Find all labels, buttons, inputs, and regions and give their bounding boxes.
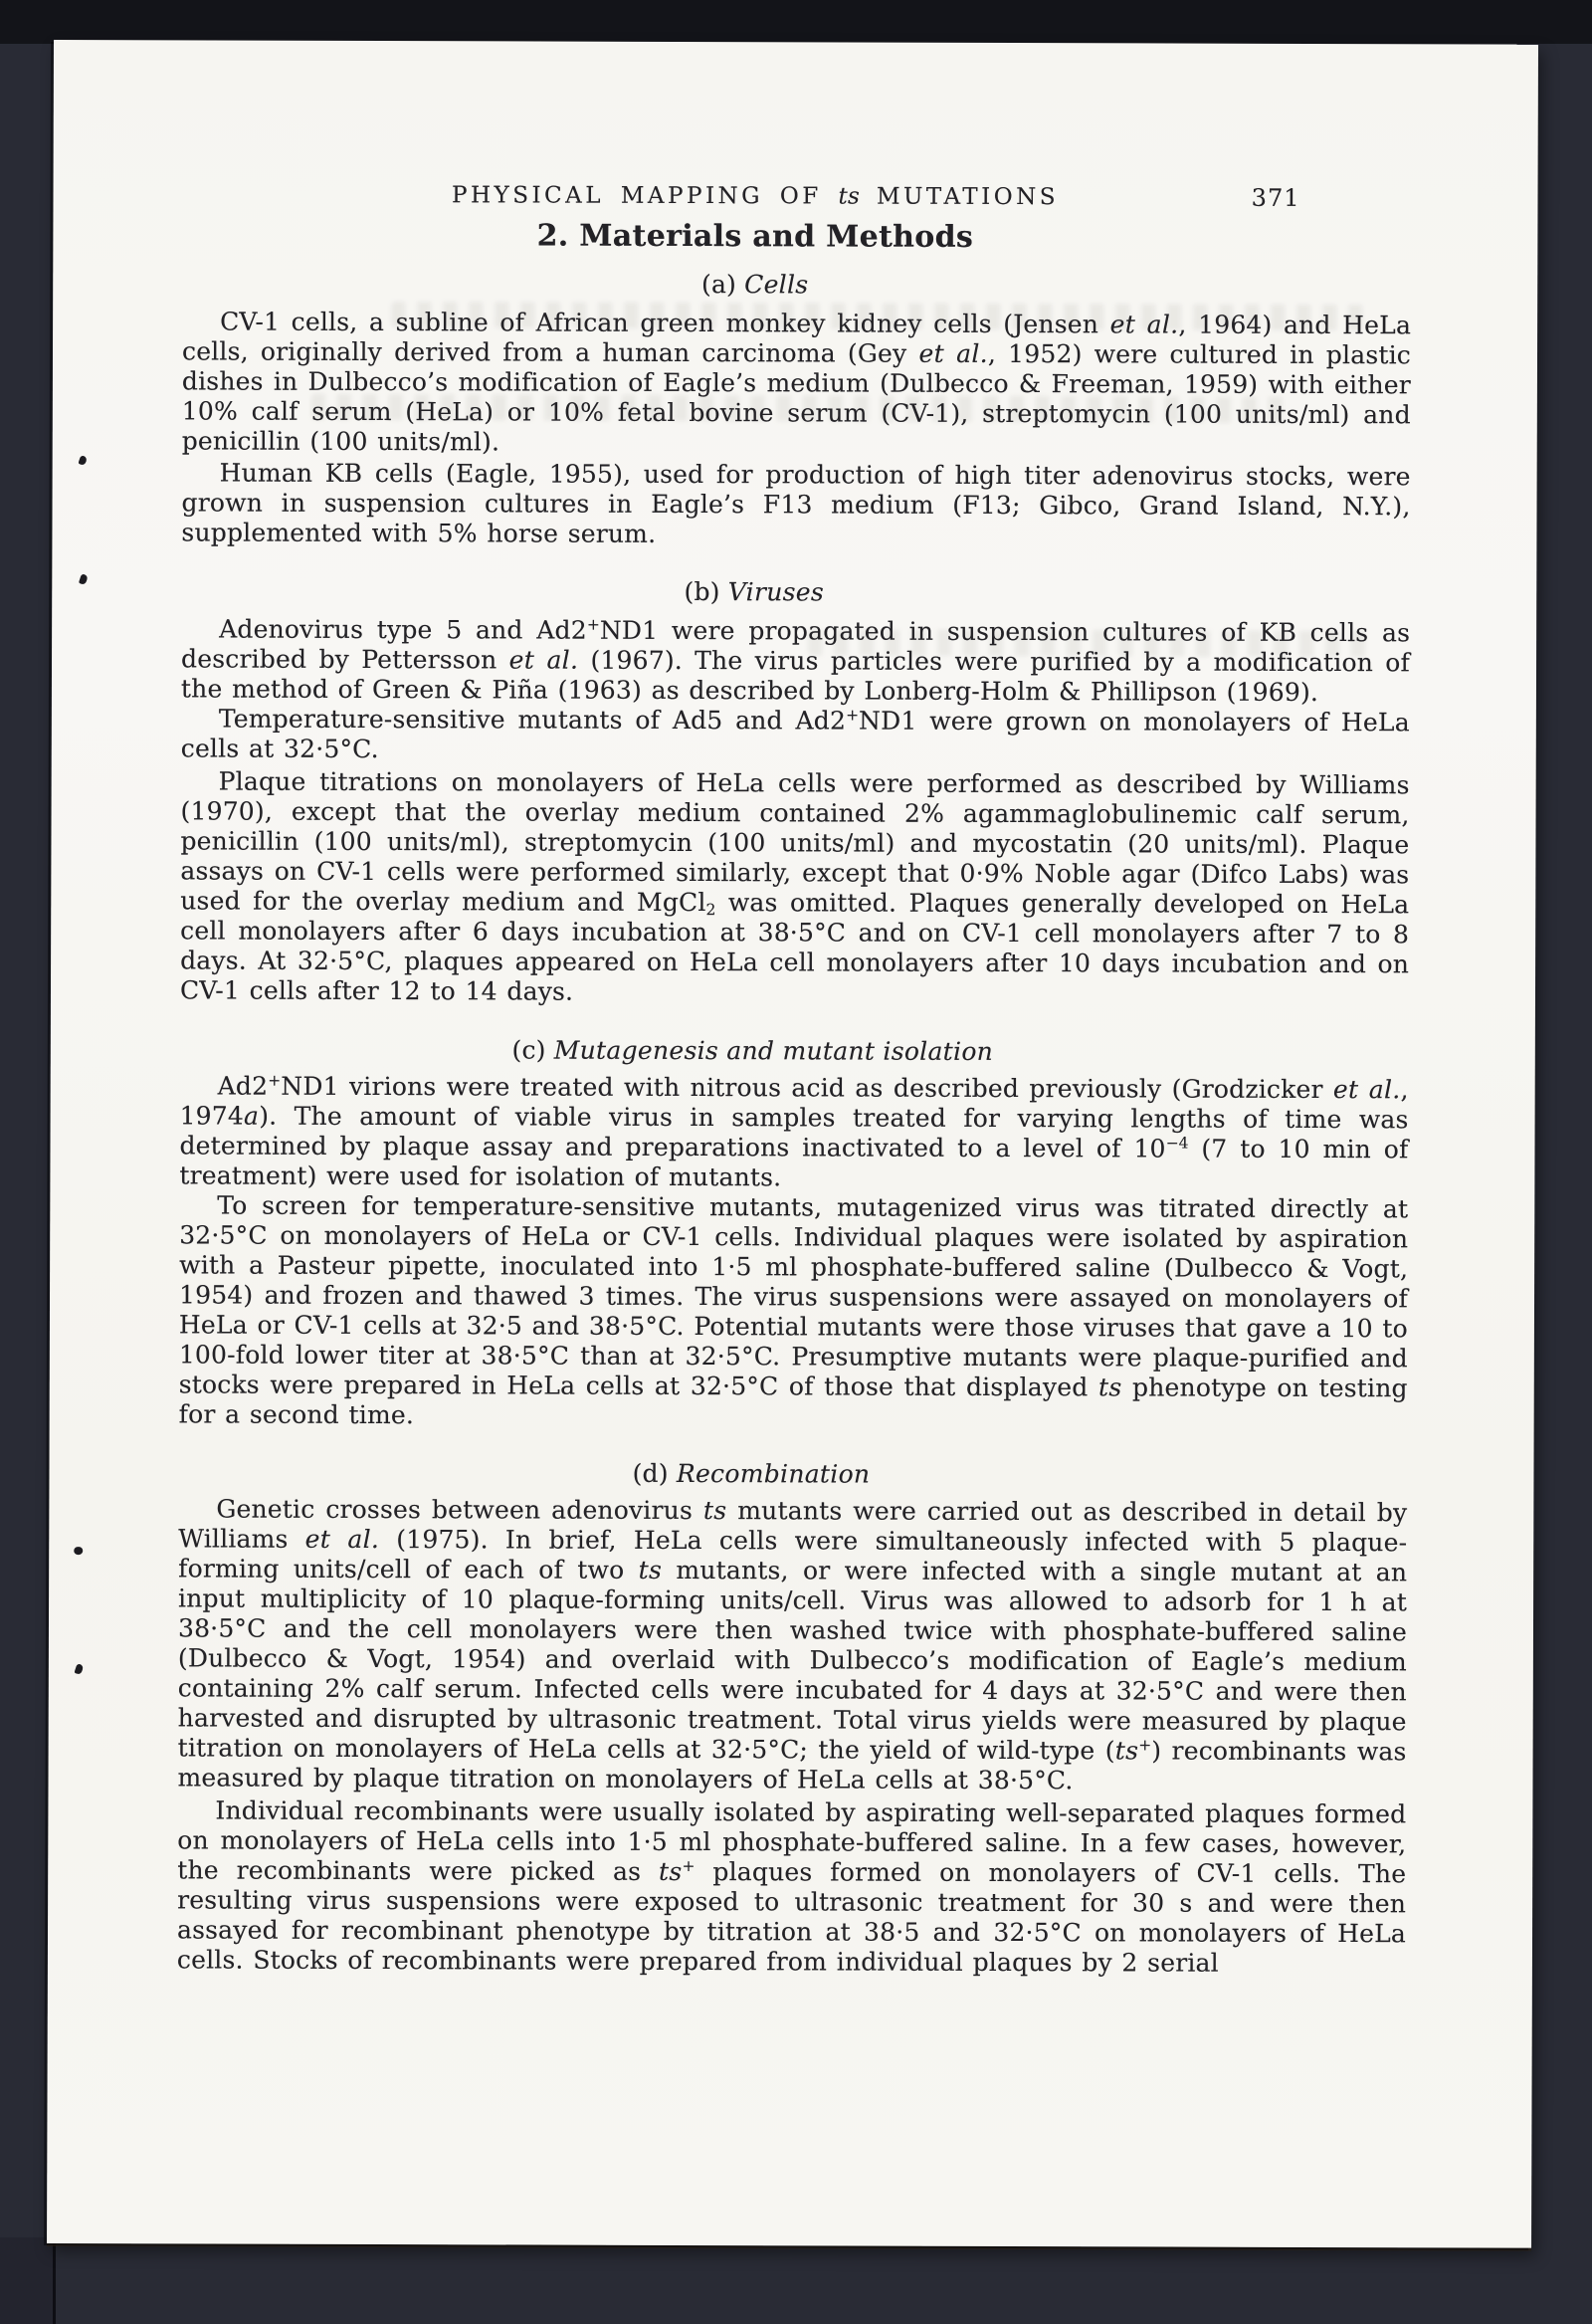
paragraph-cells-1: CV-1 cells, a subline of African green m… (182, 307, 1411, 460)
paragraph-cells-2: Human KB cells (Eagle, 1955), used for p… (181, 458, 1410, 551)
paragraph-viruses-1: Adenovirus type 5 and Ad2+ND1 were propa… (181, 614, 1410, 708)
scanned-page-background: PHYSICAL MAPPING OF ts MUTATIONS 371 2. … (0, 0, 1592, 2324)
subsection-heading-mutagenesis: (c) Mutagenesis and mutant isolation (180, 1034, 1409, 1068)
running-title-row: PHYSICAL MAPPING OF ts MUTATIONS 371 (182, 179, 1411, 213)
running-title: PHYSICAL MAPPING OF ts MUTATIONS (452, 182, 1059, 210)
paper-sheet: PHYSICAL MAPPING OF ts MUTATIONS 371 2. … (47, 40, 1538, 2248)
subsection-heading-recombination: (d) Recombination (178, 1457, 1407, 1491)
section-heading-materials-and-methods: 2. Materials and Methods (182, 220, 1411, 254)
subsection-heading-viruses: (b) Viruses (181, 575, 1410, 609)
scanner-mat-bottom-left (0, 2237, 54, 2324)
paragraph-recombination-2: Individual recombinants were usually iso… (177, 1796, 1407, 1979)
paragraph-recombination-1: Genetic crosses between adenovirus ts mu… (177, 1494, 1407, 1796)
scanner-mat-top-band (0, 0, 1592, 44)
paragraph-viruses-3: Plaque titrations on monolayers of HeLa … (180, 766, 1410, 1009)
paragraph-viruses-2: Temperature-sensitive mutants of Ad5 and… (181, 704, 1410, 767)
page-text-layer: PHYSICAL MAPPING OF ts MUTATIONS 371 2. … (47, 40, 1538, 2248)
subsection-heading-cells: (a) Cells (182, 268, 1411, 302)
paragraph-mutagenesis-1: Ad2+ND1 virions were treated with nitrou… (179, 1071, 1408, 1194)
page-number: 371 (1252, 183, 1300, 213)
scanner-mat-seam (53, 2237, 56, 2324)
paragraph-mutagenesis-2: To screen for temperature-sensitive muta… (179, 1190, 1409, 1433)
